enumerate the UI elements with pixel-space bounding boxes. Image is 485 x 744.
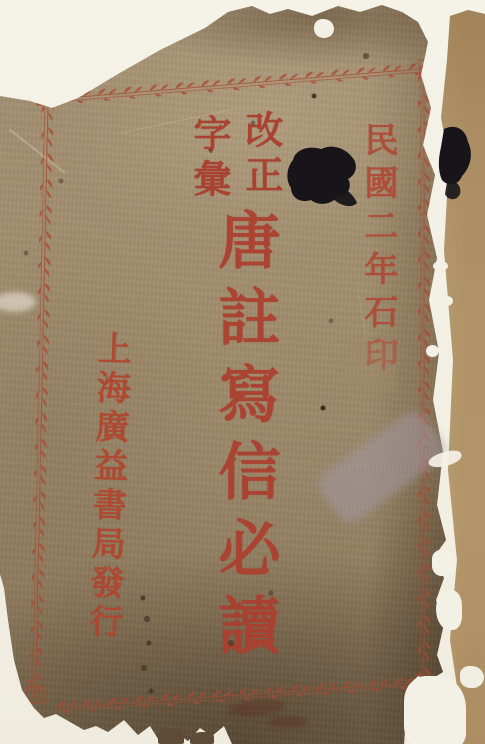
edge-tear — [436, 590, 462, 630]
paper-hole — [433, 261, 448, 271]
ink-specks — [0, 0, 2, 2]
bottom-stain — [268, 716, 308, 728]
loose-paper-bit — [190, 732, 214, 744]
publisher-column: 上海廣益書局發行 — [78, 330, 137, 643]
paper-hole — [426, 345, 439, 357]
annotation-left-column: 字彙 — [182, 114, 237, 204]
book-title: 唐註寫信必讀 — [200, 208, 289, 670]
fragment-tear-notch — [460, 666, 484, 688]
edge-tear — [404, 676, 466, 744]
scanned-book-cover: 改正 字彙 唐註寫信必讀 民國二年石印 上海廣益書局發行 — [0, 0, 485, 744]
paper-hole — [442, 296, 453, 306]
edge-tear — [432, 550, 456, 576]
loose-paper-bit — [158, 728, 184, 744]
paper-hole — [314, 19, 334, 38]
annotation-right-column: 改正 — [234, 110, 289, 200]
faded-ink-patch — [346, 340, 396, 392]
